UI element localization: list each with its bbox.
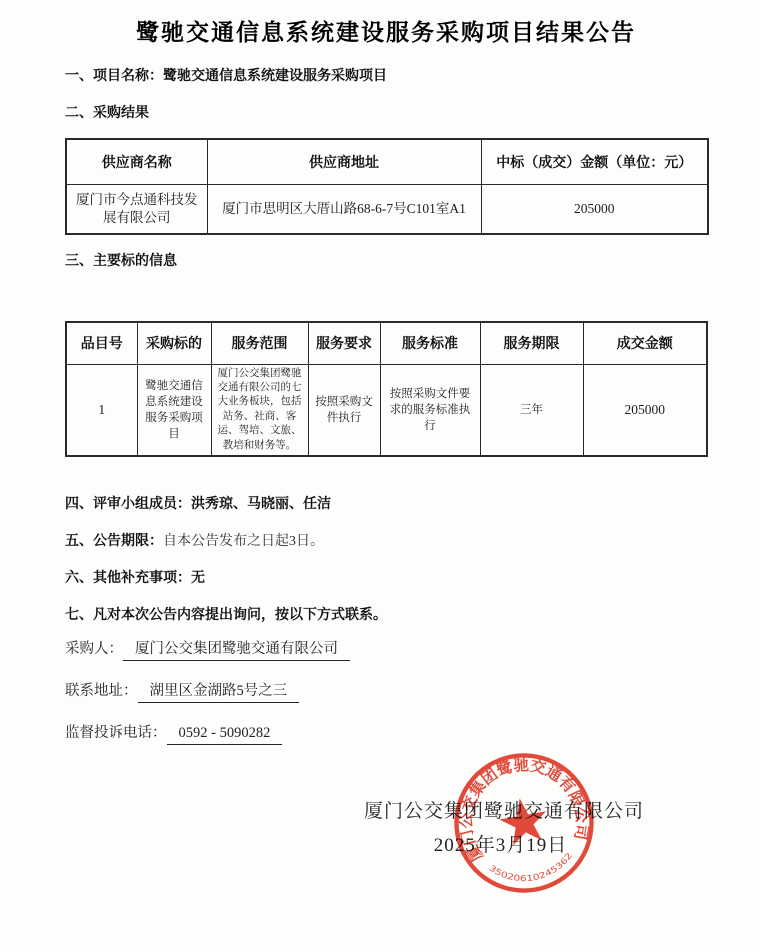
subject-header-service-scope: 服务范围 (211, 322, 308, 364)
result-table-row: 厦门市今点通科技发展有限公司 厦门市思明区大厝山路68-6-7号C101室A1 … (66, 184, 708, 234)
section-6-value: 无 (191, 569, 205, 585)
contact-address-label: 联系地址： (65, 683, 138, 699)
section-6-label: 六、其他补充事项： (65, 569, 191, 585)
section-subject-info: 三、主要标的信息 (65, 251, 707, 271)
section-2-label: 二、采购结果 (65, 104, 149, 120)
section-1-value: 鹭驰交通信息系统建设服务采购项目 (163, 67, 387, 83)
section-procurement-result: 二、采购结果 (65, 103, 707, 123)
subject-header-deal-amount: 成交金额 (583, 322, 707, 364)
section-project-name: 一、项目名称：鹭驰交通信息系统建设服务采购项目 (65, 66, 707, 86)
result-header-supplier-name: 供应商名称 (66, 139, 207, 184)
section-4-label: 四、评审小组成员： (65, 495, 191, 511)
contact-address-value: 湖里区金湖路5号之三 (138, 681, 300, 703)
result-header-supplier-address: 供应商地址 (207, 139, 481, 184)
section-inquiry-note: 七、凡对本次公告内容提出询问，按以下方式联系。 (65, 605, 707, 625)
seal-star-icon (496, 794, 551, 847)
result-table: 供应商名称 供应商地址 中标（成交）金额（单位：元） 厦门市今点通科技发展有限公… (65, 138, 709, 235)
subject-header-service-standard: 服务标准 (380, 322, 480, 364)
result-cell-supplier-name: 厦门市今点通科技发展有限公司 (66, 184, 207, 234)
subject-header-procurement-subject: 采购标的 (137, 322, 211, 364)
complaint-phone-line: 监督投诉电话：0592 - 5090282 (65, 723, 707, 745)
section-other-matters: 六、其他补充事项：无 (65, 568, 707, 588)
section-4-value: 洪秀琼、马晓丽、任洁 (191, 495, 331, 511)
subject-table-header-row: 品目号 采购标的 服务范围 服务要求 服务标准 服务期限 成交金额 (66, 322, 707, 364)
section-announcement-period: 五、公告期限：自本公告发布之日起3日。 (65, 531, 707, 551)
section-3-label: 三、主要标的信息 (65, 252, 177, 268)
result-cell-supplier-address: 厦门市思明区大厝山路68-6-7号C101室A1 (207, 184, 481, 234)
complaint-phone-label: 监督投诉电话： (65, 725, 167, 741)
buyer-line: 采购人：厦门公交集团鹭驰交通有限公司 (65, 639, 707, 661)
subject-header-item-no: 品目号 (66, 322, 137, 364)
result-table-header-row: 供应商名称 供应商地址 中标（成交）金额（单位：元） (66, 139, 708, 184)
subject-cell-service-requirement: 按照采购文件执行 (308, 364, 380, 456)
section-1-label: 一、项目名称： (65, 67, 163, 83)
section-review-panel: 四、评审小组成员：洪秀琼、马晓丽、任洁 (65, 494, 707, 514)
complaint-phone-value: 0592 - 5090282 (167, 723, 283, 745)
subject-cell-deal-amount: 205000 (583, 364, 707, 456)
subject-cell-service-scope: 厦门公交集团鹭驰交通有限公司的七大业务板块，包括站务、社商、客运、驾培、文旅、教… (211, 364, 308, 456)
subject-header-service-requirement: 服务要求 (308, 322, 380, 364)
section-5-label: 五、公告期限： (65, 532, 163, 548)
buyer-value: 厦门公交集团鹭驰交通有限公司 (123, 639, 350, 661)
result-header-award-amount: 中标（成交）金额（单位：元） (481, 139, 708, 184)
seal-icon: 厦门公交集团鹭驰交通有限公司 35020610245362 (449, 748, 599, 898)
subject-table-row: 1 鹭驰交通信息系统建设服务采购项目 厦门公交集团鹭驰交通有限公司的七大业务板块… (66, 364, 707, 456)
section-7-label: 七、凡对本次公告内容提出询问，按以下方式联系。 (65, 606, 387, 622)
buyer-label: 采购人： (65, 641, 123, 657)
subject-cell-service-term: 三年 (480, 364, 583, 456)
result-cell-award-amount: 205000 (481, 184, 708, 234)
subject-table: 品目号 采购标的 服务范围 服务要求 服务标准 服务期限 成交金额 1 鹭驰交通… (65, 321, 708, 457)
section-5-value: 自本公告发布之日起3日。 (163, 534, 324, 549)
subject-cell-service-standard: 按照采购文件要求的服务标准执行 (380, 364, 480, 456)
contact-address-line: 联系地址：湖里区金湖路5号之三 (65, 681, 707, 703)
subject-header-service-term: 服务期限 (480, 322, 583, 364)
company-seal-stamp: 厦门公交集团鹭驰交通有限公司 35020610245362 (449, 748, 599, 898)
subject-cell-procurement-subject: 鹭驰交通信息系统建设服务采购项目 (137, 364, 211, 456)
subject-cell-item-no: 1 (66, 364, 137, 456)
announcement-document: 鹭驰交通信息系统建设服务采购项目结果公告 一、项目名称：鹭驰交通信息系统建设服务… (0, 0, 761, 951)
page-title: 鹭驰交通信息系统建设服务采购项目结果公告 (65, 16, 707, 48)
